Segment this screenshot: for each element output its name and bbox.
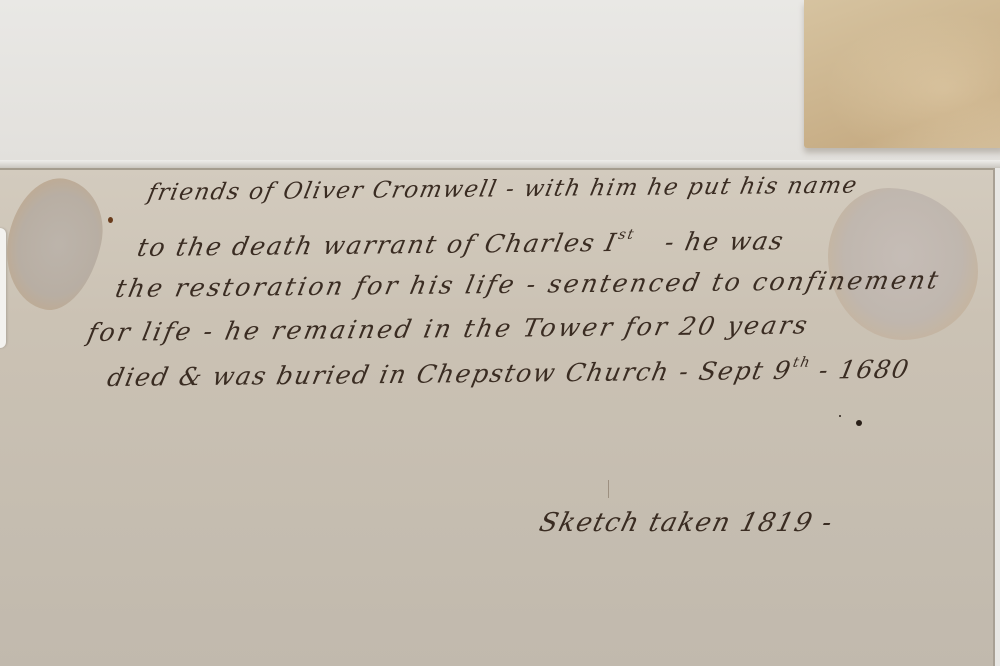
line-2-superscript: st [617, 227, 637, 243]
ink-blot [856, 420, 862, 426]
line-5-year: - 1680 [816, 355, 912, 385]
sheet-edge-gap [995, 168, 1000, 666]
line-5-superscript: th [791, 355, 812, 371]
ink-spot-left [108, 217, 113, 223]
line-2-tail: - he was [662, 226, 787, 256]
left-edge-tab [0, 228, 6, 348]
ink-speck [839, 415, 841, 417]
line-2-text: to the death warrant of Charles I [135, 228, 620, 262]
photo-scene: friends of Oliver Cromwell - with him he… [0, 0, 1000, 666]
paper-mark [608, 480, 609, 498]
folded-paper-corner [804, 0, 1000, 148]
signature-note: Sketch taken 1819 - [536, 508, 836, 538]
